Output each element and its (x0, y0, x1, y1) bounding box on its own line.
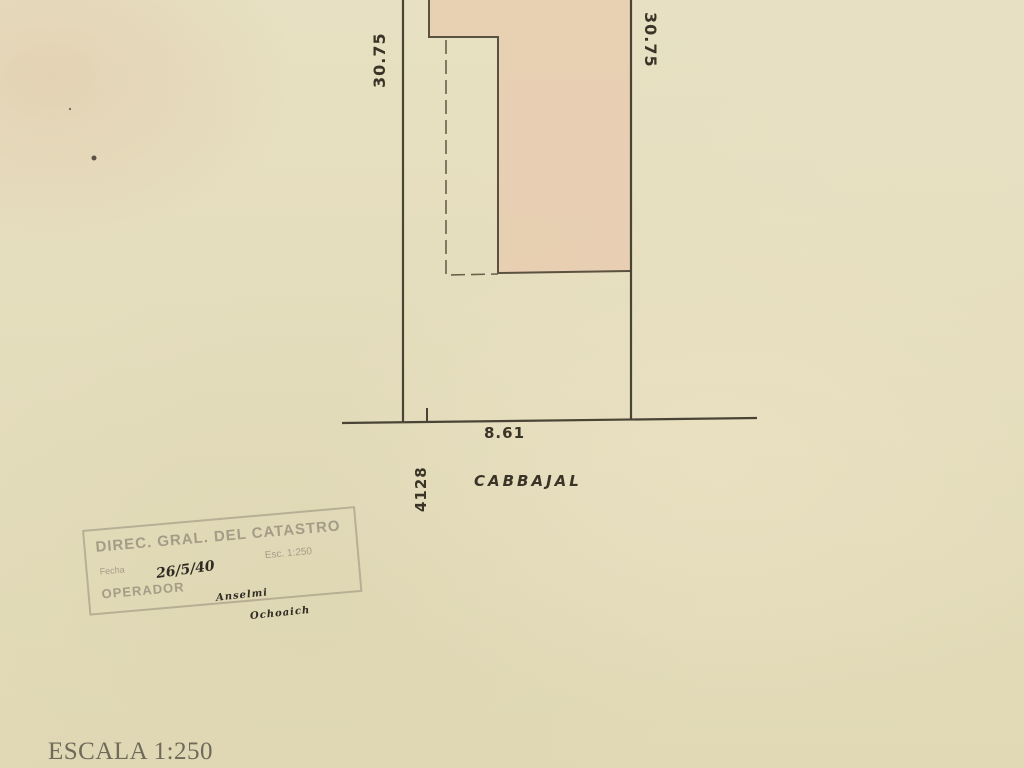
scale-label: ESCALA 1:250 (48, 738, 213, 766)
frontage-dimension: 8.61 (484, 424, 525, 442)
paper-spot (69, 108, 71, 110)
street-name: CABBAJAL (474, 472, 582, 490)
stamp-operador-label: OPERADOR (101, 579, 185, 601)
street-frontage-line (342, 418, 757, 423)
door-number: 4128 (412, 466, 430, 512)
stamp-fecha-label: Fecha (99, 564, 125, 576)
left-side-dimension: 30.75 (370, 32, 389, 88)
stamp-scale: Esc. 1:250 (264, 546, 312, 561)
patio-dashed-line (446, 40, 498, 275)
paper-spot (92, 156, 97, 161)
lot-plan-drawing (0, 0, 1024, 768)
right-side-dimension: 30.75 (641, 12, 660, 68)
building-footprint (429, 0, 630, 273)
